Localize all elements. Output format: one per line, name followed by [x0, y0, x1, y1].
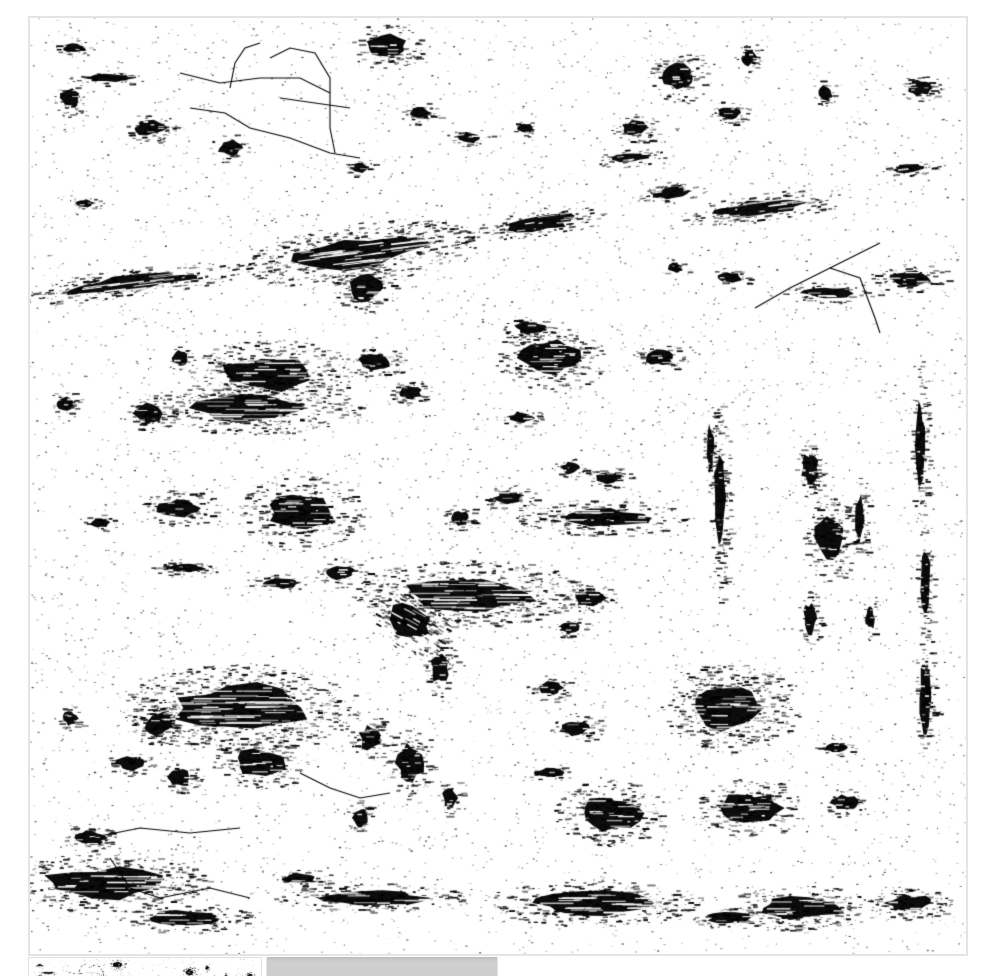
thumbnail-strip: Grunge texture thumbnail Gray texture th…: [28, 957, 498, 976]
thumbnail-label: Gray texture thumbnail: [267, 957, 268, 958]
thumbnail-grunge[interactable]: Grunge texture thumbnail: [28, 957, 262, 976]
thumbnail-image: [29, 958, 261, 976]
grunge-texture-image: [30, 18, 966, 954]
thumbnail-gray[interactable]: Gray texture thumbnail: [266, 957, 498, 976]
main-image-viewer: Black and white grunge distressed paint …: [28, 16, 968, 956]
